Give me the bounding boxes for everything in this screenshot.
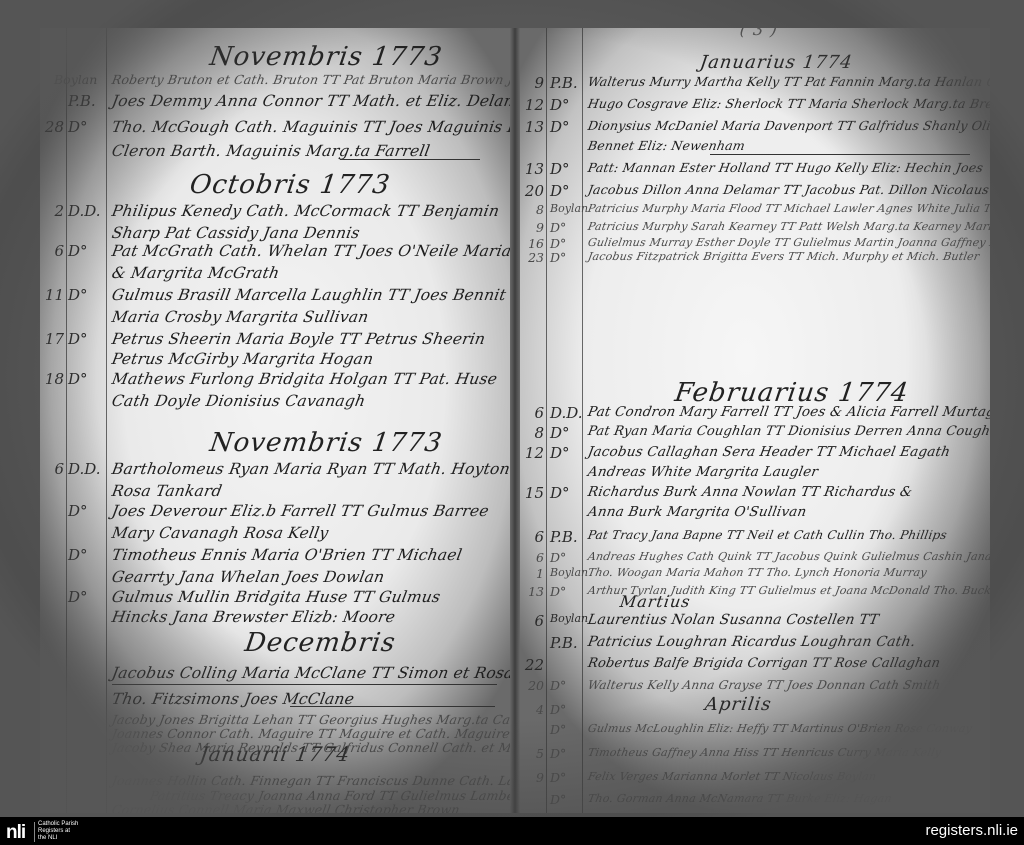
register-row: Anna Burk Margrita O'Sullivan: [520, 504, 990, 526]
register-row: 12 D° Hugo Cosgrave Eliz: Sherlock TT Ma…: [520, 96, 990, 118]
register-row: 9 P.B. Walterus Murry Martha Kelly TT Pa…: [520, 74, 990, 96]
register-row: 23 D° Jacobus Fitzpatrick Brigitta Evers…: [520, 250, 990, 272]
register-row: 9 D° Felix Verges Marianna Morlet TT Nic…: [520, 770, 990, 792]
register-row: D° Timotheus Ennis Maria O'Brien TT Mich…: [40, 546, 510, 568]
register-row: 6 P.B. Pat Tracy Jana Bapne TT Neil et C…: [520, 528, 990, 550]
register-row: D° Gulmus Mullin Bridgita Huse TT Gulmus: [40, 588, 510, 610]
register-row: 6 D° Pat McGrath Cath. Whelan TT Joes O'…: [40, 242, 510, 264]
register-image-viewer[interactable]: Novembris 1773 Boylan Roberty Bruton et …: [0, 0, 1024, 817]
register-row: 8 D° Pat Ryan Maria Coughlan TT Dionisiu…: [520, 424, 990, 446]
nli-logo[interactable]: nli: [6, 822, 25, 844]
entry-underline: [290, 706, 495, 707]
right-page: ( 3 ) Januarius 1774 9 P.B. Walterus Mur…: [520, 28, 990, 813]
register-row: 6 Boylan Laurentius Nolan Susanna Costel…: [520, 612, 990, 634]
register-row: Boylan Roberty Bruton et Cath. Bruton TT…: [40, 72, 510, 94]
register-row: Petrus McGirby Margrita Hogan: [40, 350, 510, 372]
register-row: 12 D° Jacobus Callaghan Sera Header TT M…: [520, 444, 990, 466]
register-row: 15 D° Richardus Burk Anna Nowlan TT Rich…: [520, 484, 990, 506]
month-heading: Octobris 1773: [188, 170, 392, 200]
month-heading: Aprilis: [704, 694, 774, 715]
register-row: D° Gulmus McLoughlin Eliz: Heffy TT Mart…: [520, 722, 990, 744]
register-row: 18 D° Mathews Furlong Bridgita Holgan TT…: [40, 370, 510, 392]
register-row: Mary Cavanagh Rosa Kelly: [40, 524, 510, 546]
register-row: & Margrita McGrath: [40, 264, 510, 286]
footer-bar: nli Catholic Parish Registers at the NLI…: [0, 817, 1024, 845]
register-row: 22 Robertus Balfe Brigida Corrigan TT Ro…: [520, 656, 990, 678]
register-row: Gearrty Jana Whelan Joes Dowlan: [40, 568, 510, 590]
entry-underline: [710, 154, 970, 155]
register-row: 2 D.D. Philipus Kenedy Cath. McCormack T…: [40, 202, 510, 224]
month-heading: Decembris: [243, 628, 398, 658]
register-row: Rosa Tankard: [40, 482, 510, 504]
register-row: 6 D.D. Bartholomeus Ryan Maria Ryan TT M…: [40, 460, 510, 482]
org-name: Catholic Parish Registers at the NLI: [38, 821, 78, 842]
register-row: 20 D° Jacobus Dillon Anna Delamar TT Jac…: [520, 182, 990, 204]
register-row: Hincks Jana Brewster Elizb: Moore: [40, 608, 510, 630]
register-row: D° Joes Deverour Eliz.b Farrell TT Gulmu…: [40, 502, 510, 524]
entry-underline: [340, 159, 480, 160]
register-row: Cornelius Connell Maria Maxwell Christop…: [40, 802, 510, 813]
month-heading: Januarii 1774: [198, 742, 352, 766]
register-row: 13 D° Arthur Tyrlan Judith King TT Gulie…: [520, 584, 990, 606]
register-row: 13 D° Dionysius McDaniel Maria Davenport…: [520, 118, 990, 140]
register-row: D° Tho. Gorman Anna McNamara TT Burke El…: [520, 792, 990, 813]
month-heading: Novembris 1773: [208, 42, 445, 72]
register-row: Cath Doyle Dionisius Cavanagh: [40, 392, 510, 414]
month-heading: Novembris 1773: [208, 428, 445, 458]
register-row: 28 D° Tho. McGough Cath. Maguinis TT Joe…: [40, 118, 510, 140]
left-page: Novembris 1773 Boylan Roberty Bruton et …: [40, 28, 510, 813]
page-number: ( 3 ): [739, 28, 780, 39]
register-row: Maria Crosby Margrita Sullivan: [40, 308, 510, 330]
entry-underline: [112, 684, 497, 685]
register-row: Andreas White Margrita Laugler: [520, 464, 990, 486]
register-row: 13 D° Patt: Mannan Ester Holland TT Hugo…: [520, 160, 990, 182]
month-heading: Martius: [619, 592, 692, 611]
register-row: 17 D° Petrus Sheerin Maria Boyle TT Petr…: [40, 330, 510, 352]
logo-divider: [34, 822, 35, 842]
register-row: 6 D.D. Pat Condron Mary Farrell TT Joes …: [520, 404, 990, 426]
site-link[interactable]: registers.nli.ie: [925, 822, 1018, 839]
register-row: Cleron Barth. Maguinis Marg.ta Farrell: [40, 142, 510, 164]
register-row: P.B. Patricius Loughran Ricardus Loughra…: [520, 634, 990, 656]
register-row: Bennet Eliz: Newenham: [520, 138, 990, 160]
register-row: P.B. Joes Demmy Anna Connor TT Math. et …: [40, 92, 510, 114]
register-row: Jacobus Colling Maria McClane TT Simon e…: [40, 664, 510, 686]
month-heading: Januarius 1774: [699, 52, 855, 73]
register-row: 11 D° Gulmus Brasill Marcella Laughlin T…: [40, 286, 510, 308]
register-row: Tho. Fitzsimons Joes McClane: [40, 690, 510, 712]
register-row: 5 D° Timotheus Gaffney Anna Hiss TT Henr…: [520, 746, 990, 768]
